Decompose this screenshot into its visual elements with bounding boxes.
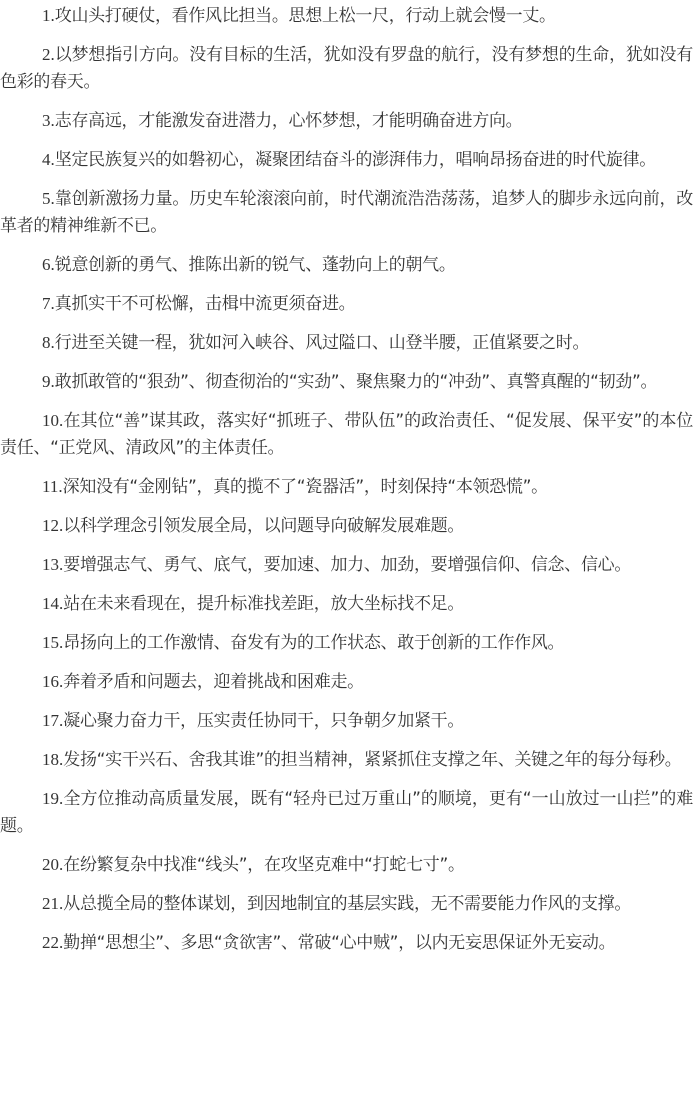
paragraph-number: 3. [42,111,55,130]
paragraph-number: 12. [42,516,63,535]
paragraph-8: 8.行进至关键一程，犹如河入峡谷、风过隘口、山登半腰，正值紧要之时。 [0,329,693,357]
paragraph-text: 以科学理念引领发展全局，以问题导向破解发展难题。 [63,516,464,536]
paragraph-7: 7.真抓实干不可松懈，击楫中流更须奋进。 [0,290,693,318]
paragraph-text: 从总揽全局的整体谋划，到因地制宜的基层实践，无不需要能力作风的支撑。 [63,894,631,914]
paragraph-12: 12.以科学理念引领发展全局，以问题导向破解发展难题。 [0,512,693,540]
paragraph-text: 昂扬向上的工作激情、奋发有为的工作状态、敢于创新的工作作风。 [63,633,564,653]
paragraph-19: 19.全方位推动高质量发展，既有“轻舟已过万重山”的顺境，更有“一山放过一山拦”… [0,785,693,840]
paragraph-2: 2.以梦想指引方向。没有目标的生活，犹如没有罗盘的航行，没有梦想的生命，犹如没有… [0,41,693,96]
paragraph-15: 15.昂扬向上的工作激情、奋发有为的工作状态、敢于创新的工作作风。 [0,629,693,657]
paragraph-6: 6.锐意创新的勇气、推陈出新的锐气、蓬勃向上的朝气。 [0,251,693,279]
paragraph-20: 20.在纷繁复杂中找准“线头”，在攻坚克难中“打蛇七寸”。 [0,851,693,879]
paragraph-number: 15. [42,633,63,652]
paragraph-number: 18. [42,750,63,769]
paragraph-text: 靠创新激扬力量。历史车轮滚滚向前，时代潮流浩浩荡荡，追梦人的脚步永远向前，改革者… [0,189,693,236]
paragraph-5: 5.靠创新激扬力量。历史车轮滚滚向前，时代潮流浩浩荡荡，追梦人的脚步永远向前，改… [0,185,693,240]
paragraph-text: 志存高远，才能激发奋进潜力，心怀梦想，才能明确奋进方向。 [55,111,523,131]
paragraph-number: 6. [42,255,55,274]
paragraph-18: 18.发扬“实干兴石、舍我其谁”的担当精神，紧紧抓住支撑之年、关键之年的每分每秒… [0,746,693,774]
paragraph-number: 17. [42,711,63,730]
paragraph-number: 22. [42,933,63,952]
paragraph-10: 10.在其位“善”谋其政，落实好“抓班子、带队伍”的政治责任、“促发展、保平安”… [0,407,693,462]
paragraph-number: 8. [42,333,55,352]
paragraph-number: 13. [42,555,63,574]
paragraph-text: 坚定民族复兴的如磐初心，凝聚团结奋斗的澎湃伟力，唱响昂扬奋进的时代旋律。 [55,150,656,170]
paragraph-4: 4.坚定民族复兴的如磐初心，凝聚团结奋斗的澎湃伟力，唱响昂扬奋进的时代旋律。 [0,146,693,174]
paragraph-number: 10. [42,411,63,430]
paragraph-number: 11. [42,477,63,496]
paragraph-text: 要增强志气、勇气、底气，要加速、加力、加劲，要增强信仰、信念、信心。 [63,555,631,575]
paragraph-number: 9. [42,372,55,391]
paragraph-number: 1. [42,6,55,25]
paragraph-number: 7. [42,294,55,313]
paragraph-text: 攻山头打硬仗，看作风比担当。思想上松一尺，行动上就会慢一丈。 [55,6,556,26]
paragraph-21: 21.从总揽全局的整体谋划，到因地制宜的基层实践，无不需要能力作风的支撑。 [0,890,693,918]
paragraph-number: 20. [42,855,63,874]
paragraph-text: 以梦想指引方向。没有目标的生活，犹如没有罗盘的航行，没有梦想的生命，犹如没有色彩… [0,45,693,92]
paragraph-17: 17.凝心聚力奋力干，压实责任协同干，只争朝夕加紧干。 [0,707,693,735]
paragraph-3: 3.志存高远，才能激发奋进潜力，心怀梦想，才能明确奋进方向。 [0,107,693,135]
paragraph-text: 凝心聚力奋力干，压实责任协同干，只争朝夕加紧干。 [63,711,464,731]
paragraph-number: 21. [42,894,63,913]
article-body: 1.攻山头打硬仗，看作风比担当。思想上松一尺，行动上就会慢一丈。 2.以梦想指引… [0,0,693,957]
paragraph-13: 13.要增强志气、勇气、底气，要加速、加力、加劲，要增强信仰、信念、信心。 [0,551,693,579]
paragraph-number: 14. [42,594,63,613]
paragraph-number: 16. [42,672,63,691]
paragraph-22: 22.勤掸“思想尘”、多思“贪欲害”、常破“心中贼”，以内无妄思保证外无妄动。 [0,929,693,957]
paragraph-text: 在纷繁复杂中找准“线头”，在攻坚克难中“打蛇七寸”。 [63,855,464,875]
paragraph-text: 锐意创新的勇气、推陈出新的锐气、蓬勃向上的朝气。 [55,255,456,275]
paragraph-text: 深知没有“金刚钻”，真的揽不了“瓷器活”，时刻保持“本领恐慌”。 [63,477,548,497]
paragraph-number: 2. [42,45,55,64]
paragraph-text: 真抓实干不可松懈，击楫中流更须奋进。 [55,294,356,314]
paragraph-text: 勤掸“思想尘”、多思“贪欲害”、常破“心中贼”，以内无妄思保证外无妄动。 [63,933,615,953]
paragraph-14: 14.站在未来看现在，提升标准找差距，放大坐标找不足。 [0,590,693,618]
paragraph-text: 发扬“实干兴石、舍我其谁”的担当精神，紧紧抓住支撑之年、关键之年的每分每秒。 [63,750,681,770]
paragraph-number: 19. [42,789,63,808]
paragraph-text: 敢抓敢管的“狠劲”、彻查彻治的“实劲”、聚焦聚力的“冲劲”、真警真醒的“韧劲”。 [55,372,657,392]
paragraph-number: 5. [42,189,55,208]
paragraph-16: 16.奔着矛盾和问题去，迎着挑战和困难走。 [0,668,693,696]
paragraph-1: 1.攻山头打硬仗，看作风比担当。思想上松一尺，行动上就会慢一丈。 [0,2,693,30]
paragraph-9: 9.敢抓敢管的“狠劲”、彻查彻治的“实劲”、聚焦聚力的“冲劲”、真警真醒的“韧劲… [0,368,693,396]
paragraph-number: 4. [42,150,55,169]
paragraph-text: 全方位推动高质量发展，既有“轻舟已过万重山”的顺境，更有“一山放过一山拦”的难题… [0,789,693,836]
paragraph-text: 站在未来看现在，提升标准找差距，放大坐标找不足。 [63,594,464,614]
paragraph-text: 在其位“善”谋其政，落实好“抓班子、带队伍”的政治责任、“促发展、保平安”的本位… [0,411,693,458]
paragraph-text: 奔着矛盾和问题去，迎着挑战和困难走。 [63,672,364,692]
paragraph-text: 行进至关键一程，犹如河入峡谷、风过隘口、山登半腰，正值紧要之时。 [55,333,589,353]
paragraph-11: 11.深知没有“金刚钻”，真的揽不了“瓷器活”，时刻保持“本领恐慌”。 [0,473,693,501]
